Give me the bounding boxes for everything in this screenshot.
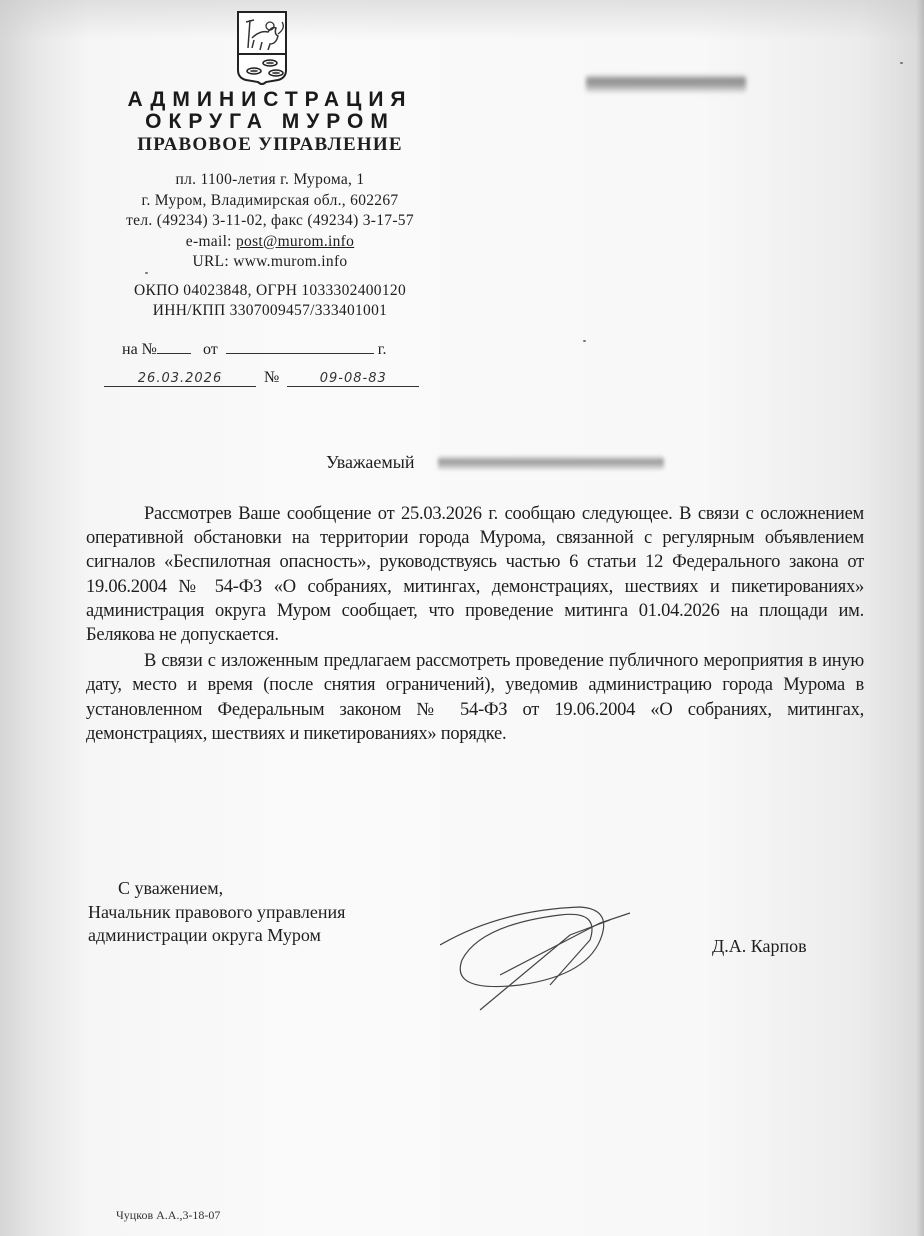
url-line: URL: www.murom.info — [96, 252, 444, 273]
outgoing-date: 26.03.2026 — [104, 371, 256, 387]
scan-speck — [900, 62, 903, 64]
inn-kpp-line: ИНН/КПП 3307009457/333401001 — [96, 301, 444, 321]
signature-icon — [440, 905, 640, 1015]
outgoing-reference: 26.03.2026 № 09-08-83 — [104, 369, 419, 387]
department-name: ПРАВОВОЕ УПРАВЛЕНИЕ — [100, 134, 440, 156]
org-name-line1: АДМИНИСТРАЦИЯ — [100, 88, 440, 112]
incoming-date-blank — [226, 339, 374, 354]
murom-coat-of-arms-icon — [232, 8, 292, 88]
number-sign: № — [264, 369, 279, 386]
na-number-label: на № — [122, 341, 157, 358]
body-paragraph-1: Рассмотрев Ваше сообщение от 25.03.2026 … — [86, 502, 864, 647]
address-line-2: г. Муром, Владимирская обл., 602267 — [96, 191, 444, 212]
year-label: г. — [378, 341, 387, 358]
signer-name: Д.А. Карпов — [712, 936, 807, 957]
outgoing-number: 09-08-83 — [287, 371, 419, 387]
email-link[interactable]: post@murom.info — [236, 233, 354, 250]
body-paragraph-2: В связи с изложенным предлагаем рассмотр… — [86, 649, 864, 746]
reference-line: на № от г. — [122, 339, 386, 359]
scan-edge — [916, 0, 924, 1236]
org-name-line2: ОКРУГА МУРОМ — [100, 110, 440, 134]
position-line-1: Начальник правового управления — [88, 901, 345, 925]
phone-line: тел. (49234) 3-11-02, факс (49234) 3-17-… — [96, 211, 444, 232]
redacted-recipient-name — [438, 455, 664, 471]
scan-speck — [583, 340, 586, 342]
redacted-recipient-block — [586, 74, 746, 94]
greeting: Уважаемый — [326, 452, 415, 473]
position-line-2: администрации округа Муром — [88, 924, 345, 948]
okpo-ogrn-line: ОКПО 04023848, ОГРН 1033302400120 — [96, 281, 444, 301]
regards: С уважением, — [88, 877, 345, 901]
scan-shadow — [0, 0, 924, 40]
closing-block: С уважением, Начальник правового управле… — [88, 877, 345, 948]
email-line: e-mail: post@murom.info — [96, 232, 444, 253]
address-block: пл. 1100-летия г. Мурома, 1 г. Муром, Вл… — [96, 170, 444, 273]
incoming-number-blank — [157, 339, 191, 354]
registration-codes: ОКПО 04023848, ОГРН 1033302400120 ИНН/КП… — [96, 281, 444, 321]
scan-speck — [145, 272, 148, 274]
executor-note: Чуцков А.А.,3-18-07 — [116, 1208, 220, 1223]
ot-label: от — [203, 341, 218, 358]
address-line-1: пл. 1100-летия г. Мурома, 1 — [96, 170, 444, 191]
email-label: e-mail: — [186, 233, 236, 250]
letter-body: Рассмотрев Ваше сообщение от 25.03.2026 … — [86, 502, 864, 746]
